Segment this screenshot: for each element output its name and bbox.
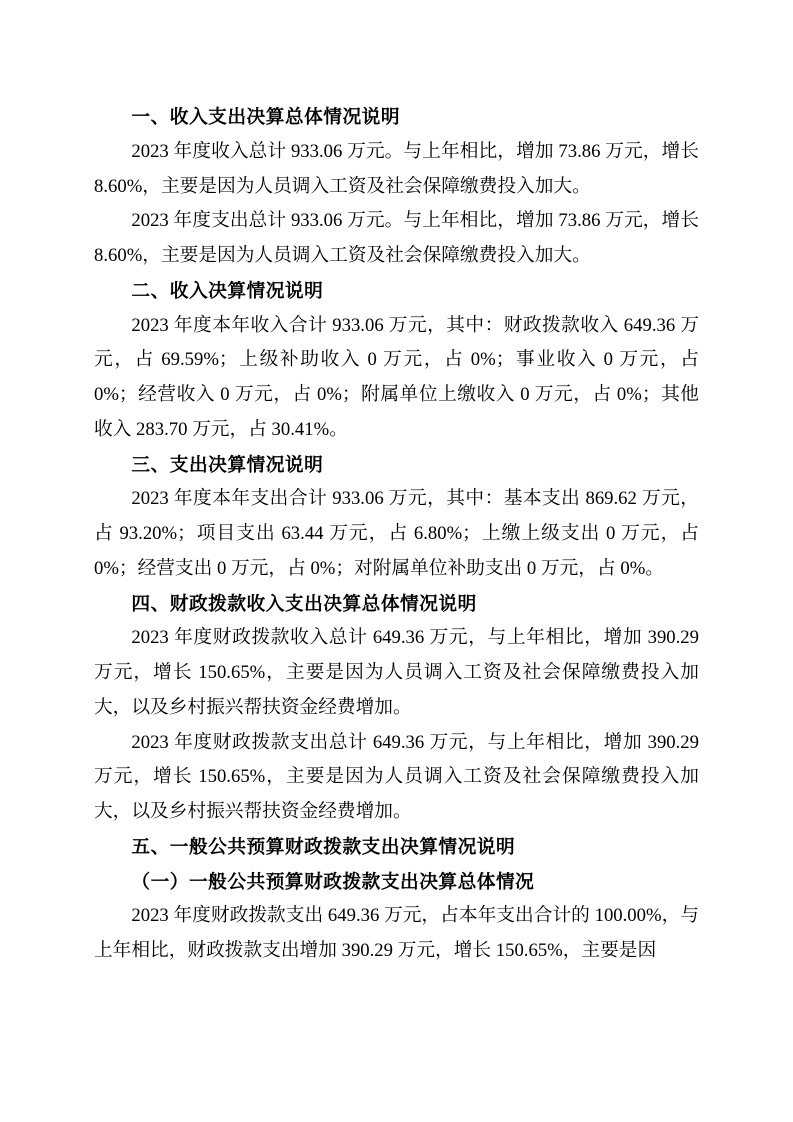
section-heading: 一、收入支出决算总体情况说明: [94, 100, 699, 135]
section-heading: 三、支出决算情况说明: [94, 448, 699, 483]
document-page: 一、收入支出决算总体情况说明2023 年度收入总计 933.06 万元。与上年相…: [0, 0, 793, 1122]
section-heading: 二、收入决算情况说明: [94, 274, 699, 309]
section-heading: 四、财政拨款收入支出决算总体情况说明: [94, 587, 699, 622]
document-content: 一、收入支出决算总体情况说明2023 年度收入总计 933.06 万元。与上年相…: [94, 100, 699, 969]
body-paragraph: 2023 年度财政拨款支出总计 649.36 万元，与上年相比，增加 390.2…: [94, 726, 699, 830]
body-paragraph: 2023 年度支出总计 933.06 万元。与上年相比，增加 73.86 万元，…: [94, 204, 699, 274]
sub-section-heading: （一）一般公共预算财政拨款支出决算总体情况: [94, 865, 699, 900]
body-paragraph: 2023 年度财政拨款支出 649.36 万元，占本年支出合计的 100.00%…: [94, 899, 699, 969]
body-paragraph: 2023 年度本年收入合计 933.06 万元，其中：财政拨款收入 649.36…: [94, 309, 699, 448]
body-paragraph: 2023 年度收入总计 933.06 万元。与上年相比，增加 73.86 万元，…: [94, 135, 699, 205]
body-paragraph: 2023 年度本年支出合计 933.06 万元，其中：基本支出 869.62 万…: [94, 482, 699, 586]
body-paragraph: 2023 年度财政拨款收入总计 649.36 万元，与上年相比，增加 390.2…: [94, 621, 699, 725]
section-heading: 五、一般公共预算财政拨款支出决算情况说明: [94, 830, 699, 865]
